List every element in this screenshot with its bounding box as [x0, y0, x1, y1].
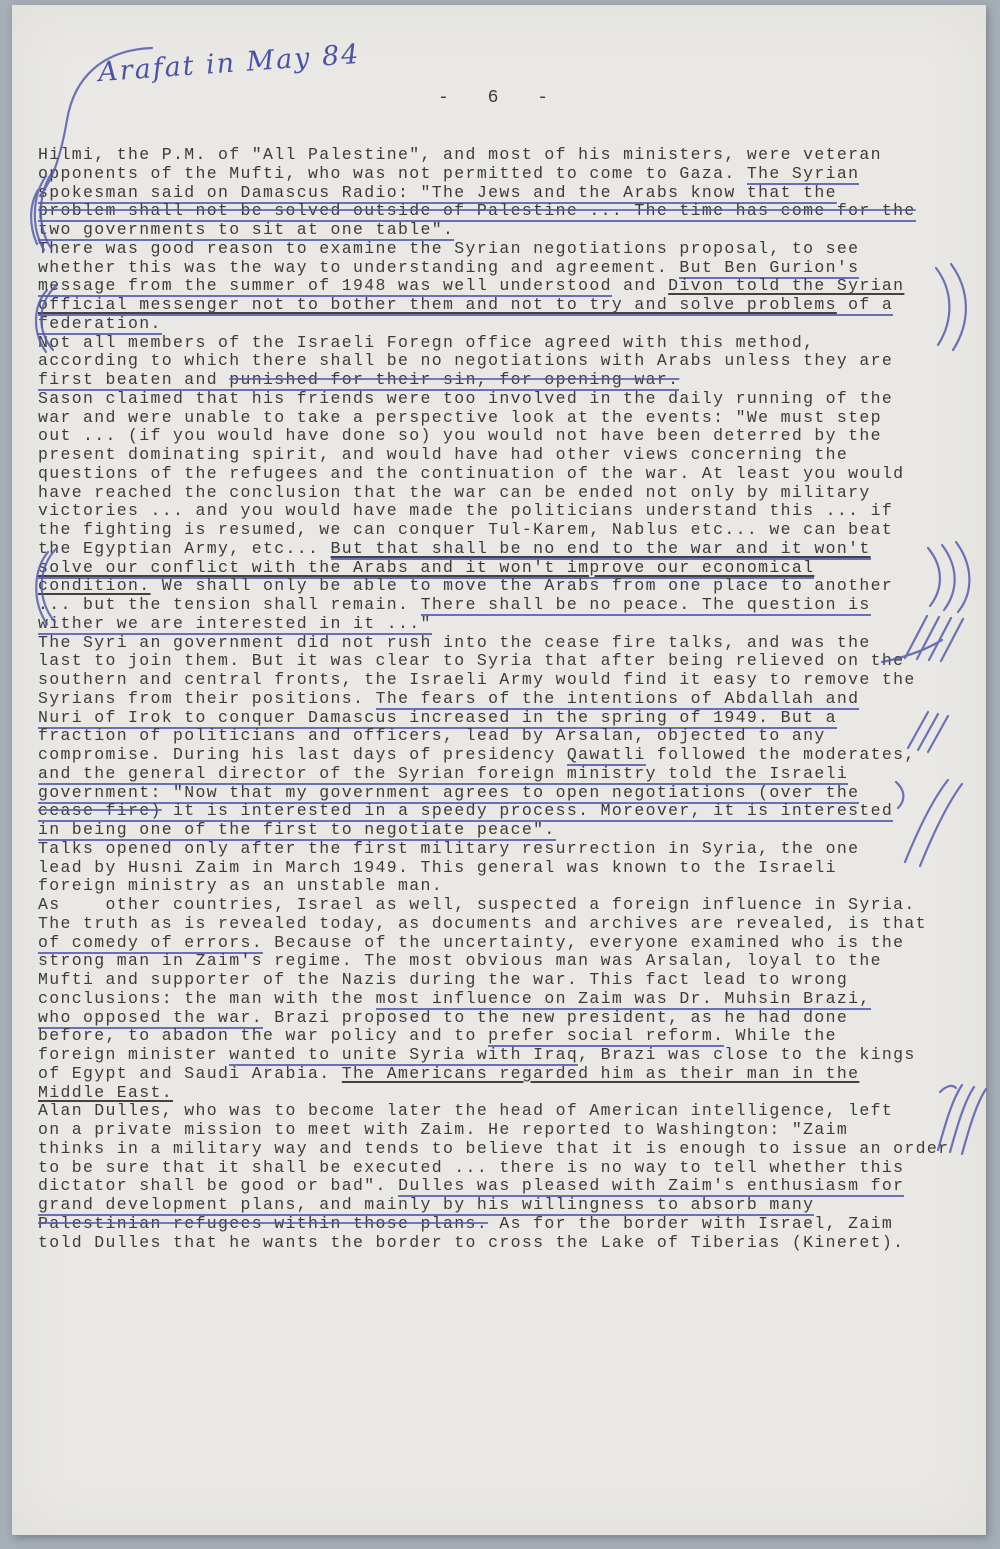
text-line: Alan Dulles, who was to become later the… — [38, 1102, 949, 1121]
text-segment: fraction of politicians and officers, le… — [38, 726, 826, 745]
text-segment: to be sure that it shall be executed ...… — [38, 1158, 904, 1177]
text-segment: Brazi proposed to the new president, as … — [263, 1008, 848, 1027]
text-segment: We shall only be able to move the Arabs … — [151, 576, 894, 595]
text-line: problem shall not be solved outside of P… — [38, 202, 949, 221]
text-segment: the Egyptian Army, etc... — [38, 539, 331, 558]
text-line: government: "Now that my government agre… — [38, 784, 949, 803]
text-line: war and were unable to take a perspectiv… — [38, 409, 949, 428]
text-line: Nuri of Irok to conquer Damascus increas… — [38, 709, 949, 728]
annotated-text-segment: Palestinian refugees within those plans. — [38, 1214, 488, 1233]
text-line: ... but the tension shall remain. There … — [38, 596, 949, 615]
text-segment: southern and central fronts, the Israeli… — [38, 670, 916, 689]
text-line: Hilmi, the P.M. of "All Palestine", and … — [38, 146, 949, 165]
text-line: told Dulles that he wants the border to … — [38, 1234, 949, 1253]
text-line: first beaten and punished for their sin,… — [38, 371, 949, 390]
annotated-text-segment: The Syrian — [747, 164, 860, 185]
text-segment: before, to abadon the war policy and to — [38, 1026, 488, 1045]
annotated-text-segment: official messenger not to bother them an… — [38, 295, 837, 316]
annotated-text-segment: Qawatli — [567, 745, 646, 766]
text-line: victories ... and you would have made th… — [38, 502, 949, 521]
text-segment: conclusions: the man with the — [38, 989, 376, 1008]
text-line: the fighting is resumed, we can conquer … — [38, 521, 949, 540]
text-line: dictator shall be good or bad". Dulles w… — [38, 1177, 949, 1196]
text-segment: of Egypt and Saudi Arabia. — [38, 1064, 342, 1083]
text-segment: While the — [724, 1026, 837, 1045]
text-segment: war and were unable to take a perspectiv… — [38, 408, 882, 427]
text-segment: told Dulles that he wants the border to … — [38, 1233, 904, 1252]
text-line: in being one of the first to negotiate p… — [38, 821, 949, 840]
text-segment: and — [612, 276, 668, 295]
text-segment: on a private mission to meet with Zaim. … — [38, 1120, 848, 1139]
text-line: according to which there shall be no neg… — [38, 352, 949, 371]
text-line: official messenger not to bother them an… — [38, 296, 949, 315]
text-line: opponents of the Mufti, who was not perm… — [38, 165, 949, 184]
text-line: two governments to sit at one table". — [38, 221, 949, 240]
text-line: strong man in Zaim's regime. The most ob… — [38, 952, 949, 971]
text-line: Palestinian refugees within those plans.… — [38, 1215, 949, 1234]
text-segment: present dominating spirit, and would hav… — [38, 445, 848, 464]
text-segment: Talks opened only after the first milita… — [38, 839, 859, 858]
text-segment: followed the moderates, — [646, 745, 916, 764]
text-line: Talks opened only after the first milita… — [38, 840, 949, 859]
text-line: last to join them. But it was clear to S… — [38, 652, 949, 671]
annotated-text-segment: But that shall be no end to the war and … — [331, 539, 871, 560]
text-line: foreign ministry as an unstable man. — [38, 877, 949, 896]
text-line: lead by Husni Zaim in March 1949. This g… — [38, 859, 949, 878]
text-line: spokesman said on Damascus Radio: "The J… — [38, 184, 949, 203]
text-line: have reached the conclusion that the war… — [38, 484, 949, 503]
annotated-text-segment: Divon told the Syrian — [668, 276, 904, 295]
text-line: foreign minister wanted to unite Syria w… — [38, 1046, 949, 1065]
text-segment: strong man in Zaim's regime. The most ob… — [38, 951, 882, 970]
text-segment: foreign minister — [38, 1045, 229, 1064]
annotated-text-segment: The fears of the intentions of Abdallah … — [376, 689, 860, 710]
text-line: who opposed the war. Brazi proposed to t… — [38, 1009, 949, 1028]
text-line: Sason claimed that his friends were too … — [38, 390, 949, 409]
text-segment: questions of the refugees and the contin… — [38, 464, 904, 483]
text-line: grand development plans, and mainly by h… — [38, 1196, 949, 1215]
text-segment: As other countries, Israel as well, susp… — [38, 895, 916, 914]
text-segment: foreign ministry as an unstable man. — [38, 876, 443, 895]
text-line: Mufti and supporter of the Nazis during … — [38, 971, 949, 990]
text-segment: Sason claimed that his friends were too … — [38, 389, 893, 408]
text-line: federation. — [38, 315, 949, 334]
text-segment: Hilmi, the P.M. of "All Palestine", and … — [38, 145, 882, 164]
text-line: on a private mission to meet with Zaim. … — [38, 1121, 949, 1140]
text-line: fraction of politicians and officers, le… — [38, 727, 949, 746]
text-segment: Alan Dulles, who was to become later the… — [38, 1101, 893, 1120]
text-segment: opponents of the Mufti, who was not perm… — [38, 164, 747, 183]
text-segment: the fighting is resumed, we can conquer … — [38, 520, 893, 539]
text-segment: lead by Husni Zaim in March 1949. This g… — [38, 858, 837, 877]
text-segment: As for the border with Israel, Zaim — [488, 1214, 893, 1233]
text-line: present dominating spirit, and would hav… — [38, 446, 949, 465]
text-line: of Egypt and Saudi Arabia. The Americans… — [38, 1065, 949, 1084]
text-line: of comedy of errors. Because of the unce… — [38, 934, 949, 953]
text-line: before, to abadon the war policy and to … — [38, 1027, 949, 1046]
text-line: whether this was the way to understandin… — [38, 259, 949, 278]
text-line: Middle East. — [38, 1084, 949, 1103]
page-number: - 6 - — [0, 88, 1000, 108]
text-line: to be sure that it shall be executed ...… — [38, 1159, 949, 1178]
text-segment: Not all members of the Israeli Foregn of… — [38, 333, 814, 352]
text-segment: last to join them. But it was clear to S… — [38, 651, 904, 670]
text-line: As other countries, Israel as well, susp… — [38, 896, 949, 915]
text-line: thinks in a military way and tends to be… — [38, 1140, 949, 1159]
text-segment: compromise. During his last days of pres… — [38, 745, 567, 764]
text-segment: The truth as is revealed today, as docum… — [38, 914, 927, 933]
text-segment: Syrians from their positions. — [38, 689, 376, 708]
text-segment: out ... (if you would have done so) you … — [38, 426, 882, 445]
text-line: The Syri an government did not rush into… — [38, 634, 949, 653]
text-segment: according to which there shall be no neg… — [38, 351, 893, 370]
annotated-text-segment: of a — [837, 295, 893, 316]
text-line: questions of the refugees and the contin… — [38, 465, 949, 484]
annotated-text-segment: Middle East. — [38, 1083, 173, 1102]
text-line: southern and central fronts, the Israeli… — [38, 671, 949, 690]
text-line: The truth as is revealed today, as docum… — [38, 915, 949, 934]
annotated-text-segment: condition. — [38, 576, 151, 595]
text-segment: There was good reason to examine the Syr… — [38, 239, 859, 258]
text-segment: Because of the uncertainty, everyone exa… — [263, 933, 904, 952]
text-line: out ... (if you would have done so) you … — [38, 427, 949, 446]
text-line: and the general director of the Syrian f… — [38, 765, 949, 784]
text-segment: dictator shall be good or bad". — [38, 1176, 398, 1195]
text-line: compromise. During his last days of pres… — [38, 746, 949, 765]
text-line: Not all members of the Israeli Foregn of… — [38, 334, 949, 353]
annotated-text-segment: There shall be no peace. The question is — [421, 595, 871, 616]
typed-body-text: Hilmi, the P.M. of "All Palestine", and … — [38, 146, 949, 1252]
text-line: message from the summer of 1948 was well… — [38, 277, 949, 296]
text-segment: , Brazi was close to the kings — [578, 1045, 916, 1064]
annotated-text-segment: and the general director of the Syrian f… — [38, 764, 848, 785]
text-segment: ... but the tension shall remain. — [38, 595, 421, 614]
text-line: condition. We shall only be able to move… — [38, 577, 949, 596]
text-segment: have reached the conclusion that the war… — [38, 483, 871, 502]
text-line: the Egyptian Army, etc... But that shall… — [38, 540, 949, 559]
text-segment: whether this was the way to understandin… — [38, 258, 679, 277]
text-line: There was good reason to examine the Syr… — [38, 240, 949, 259]
text-segment: The Syri an government did not rush into… — [38, 633, 871, 652]
text-line: wither we are interested in it ..." — [38, 615, 949, 634]
text-line: cease fire) it is interested in a speedy… — [38, 802, 949, 821]
text-segment: Mufti and supporter of the Nazis during … — [38, 970, 848, 989]
text-segment: victories ... and you would have made th… — [38, 501, 893, 520]
text-line: Syrians from their positions. The fears … — [38, 690, 949, 709]
annotated-text-segment: The Americans regarded him as their man … — [342, 1064, 860, 1083]
text-line: solve our conflict with the Arabs and it… — [38, 559, 949, 578]
text-segment: thinks in a military way and tends to be… — [38, 1139, 949, 1158]
text-line: conclusions: the man with the most influ… — [38, 990, 949, 1009]
